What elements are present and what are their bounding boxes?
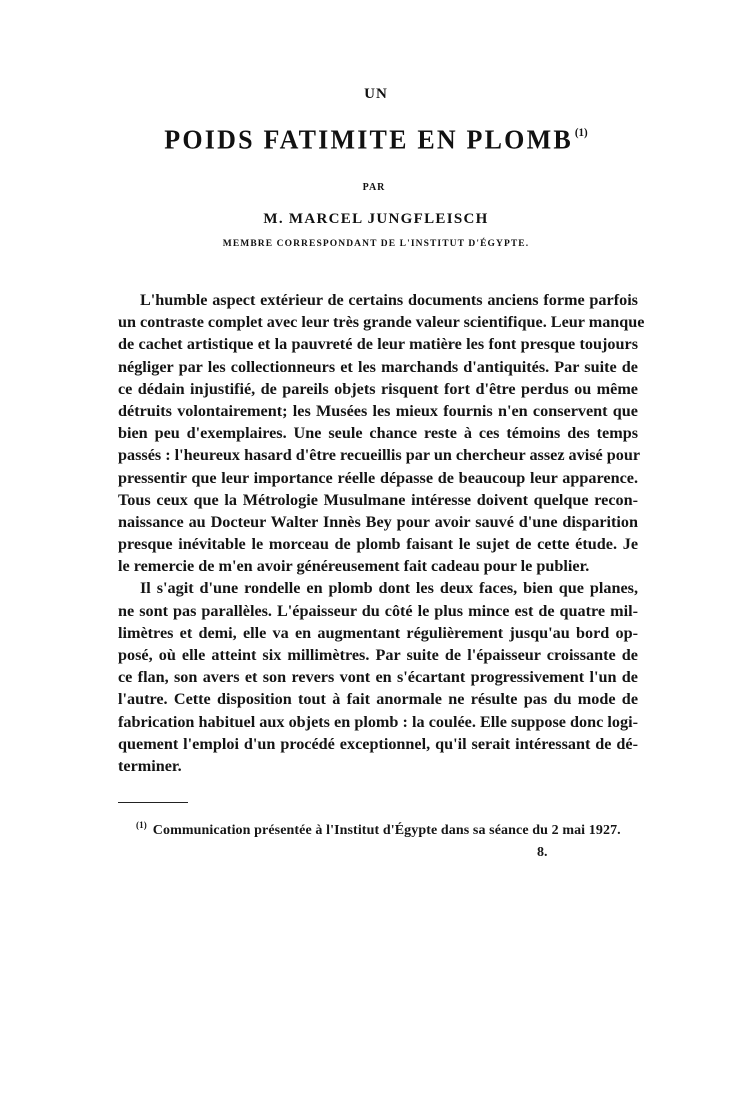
paragraph-line: posé, où elle atteint six millimètres. P… — [118, 644, 638, 666]
paragraph-line: terminer. — [118, 755, 638, 777]
paragraph-line: L'humble aspect extérieur de certains do… — [118, 289, 638, 311]
paragraph-line: naissance au Docteur Walter Innès Bey po… — [118, 511, 638, 533]
paragraph-line: limètres et demi, elle va en augmentant … — [118, 622, 638, 644]
paragraph-line: passés : l'heureux hasard d'être recueil… — [118, 444, 638, 466]
document-page: UN POIDS FATIMITE EN PLOMB(1) PAR M. MAR… — [0, 0, 740, 1110]
author-affiliation: MEMBRE CORRESPONDANT DE L'INSTITUT D'ÉGY… — [6, 239, 740, 249]
footnote-separator — [118, 802, 188, 803]
page-number: 8. — [537, 845, 548, 861]
paragraph-line: ce flan, son avers et son revers vont en… — [118, 666, 638, 688]
paragraph-line: le remercie de m'en avoir généreusement … — [118, 555, 638, 577]
body-text: L'humble aspect extérieur de certains do… — [118, 289, 638, 777]
article-title-text: POIDS FATIMITE EN PLOMB — [164, 124, 573, 154]
paragraph-line: négliger par les collectionneurs et les … — [118, 356, 638, 378]
footnote-marker: (1) — [136, 820, 147, 830]
paragraph-line: de cachet artistique et la pauvreté de l… — [118, 333, 638, 355]
paragraph-line: ne sont pas parallèles. L'épaisseur du c… — [118, 600, 638, 622]
paragraph-line: pressentir que leur importance réelle dé… — [118, 467, 638, 489]
paragraph-line: un contraste complet avec leur très gran… — [118, 311, 638, 333]
pre-title: UN — [6, 86, 740, 103]
paragraph-line: ce dédain injustifié, de pareils objets … — [118, 378, 638, 400]
paragraph-line: détruits volontairement; les Musées les … — [118, 400, 638, 422]
paragraph-line: presque inévitable le morceau de plomb f… — [118, 533, 638, 555]
article-title: POIDS FATIMITE EN PLOMB(1) — [6, 124, 740, 156]
paragraph-line: bien peu d'exemplaires. Une seule chance… — [118, 422, 638, 444]
footnote: (1)Communication présentée à l'Institut … — [136, 820, 621, 839]
byline-par: PAR — [4, 182, 740, 193]
paragraph-line: fabrication habituel aux objets en plomb… — [118, 711, 638, 733]
paragraph-line: Il s'agit d'une rondelle en plomb dont l… — [118, 577, 638, 599]
title-footnote-marker[interactable]: (1) — [575, 126, 588, 139]
paragraph-line: Tous ceux que la Métrologie Musulmane in… — [118, 489, 638, 511]
paragraph-line: quement l'emploi d'un procédé exceptionn… — [118, 733, 638, 755]
footnote-text: Communication présentée à l'Institut d'É… — [153, 823, 621, 838]
paragraph-line: l'autre. Cette disposition tout à fait a… — [118, 688, 638, 710]
author-name: M. MARCEL JUNGFLEISCH — [6, 211, 740, 228]
